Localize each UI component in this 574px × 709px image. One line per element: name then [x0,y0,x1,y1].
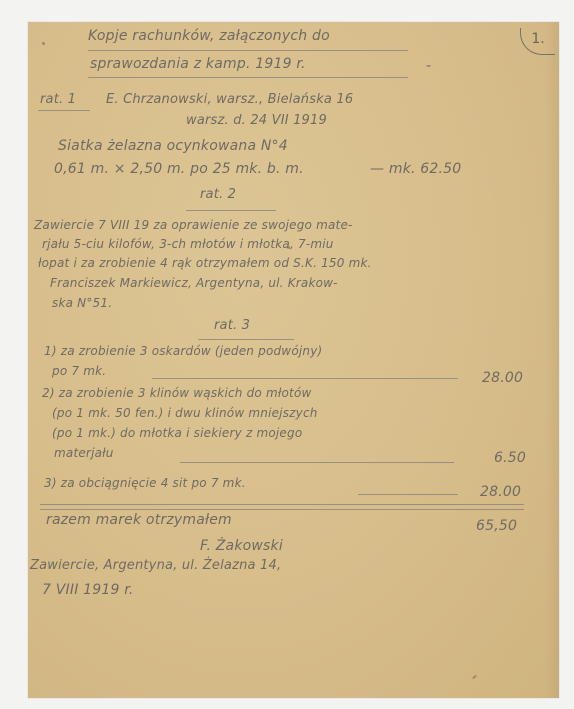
document-title-line1: Kopje rachunków, załączonych do [88,28,330,44]
page-number: 1. [520,28,555,55]
total-separator [40,509,524,510]
section2-line: Franciszek Markiewicz, Argentyna, ul. Kr… [50,276,338,290]
document-date: 7 VIII 1919 r. [42,582,134,598]
section3-label: rat. 3 [214,318,250,333]
section1-vendor: E. Chrzanowski, warsz., Bielańska 16 [106,92,353,107]
section3-item2-line: 2) za zrobienie 3 klinów wąskich do młot… [42,386,312,400]
section3-item1-amount: 28.00 [482,370,523,386]
section1-amount: — mk. 62.50 [370,161,461,177]
section2-line: łopat i za zrobienie 4 rąk otrzymałem od… [38,256,372,270]
total-amount: 65,50 [476,518,517,534]
section1-label-underline [38,110,90,111]
title-underline [88,50,408,51]
document-title-line2: sprawozdania z kamp. 1919 r. [90,56,306,72]
title-underline [88,77,408,78]
signer-address: Zawiercie, Argentyna, ul. Żelazna 14, [30,558,281,573]
section3-label-underline [198,339,294,340]
section3-item1-line: po 7 mk. [52,364,106,378]
paper-speck [42,42,45,45]
section3-item1-line: 1) za zrobienie 3 oskardów (jeden podwój… [44,344,322,358]
section2-label-underline [186,210,276,211]
section2-line: rjału 5-ciu kilofów, 3-ch młotów i młotk… [42,237,334,251]
section1-label: rat. 1 [40,92,76,107]
total-separator [40,504,524,505]
section3-item2-leader [180,462,454,463]
section1-date: warsz. d. 24 VII 1919 [186,113,327,128]
section3-item3-amount: 28.00 [480,484,521,500]
section1-item-line2: 0,61 m. × 2,50 m. po 25 mk. b. m. [54,161,304,177]
dash-mark: - [426,58,431,74]
section2-line: ska N°51. [52,296,112,310]
section1-item-line1: Siatka żelazna ocynkowana N°4 [58,138,288,154]
section2-line: Zawiercie 7 VIII 19 za oprawienie ze swo… [34,218,353,232]
section3-item3-line: 3) za obciągnięcie 4 sit po 7 mk. [44,476,246,490]
total-label: razem marek otrzymałem [46,512,232,528]
signature: F. Żakowski [200,538,283,554]
section2-label: rat. 2 [200,187,236,202]
section3-item3-leader [358,494,458,495]
section3-item1-leader [152,378,458,379]
scanned-page: 1. Kopje rachunków, załączonych do spraw… [0,0,574,709]
paper-sheet: 1. Kopje rachunków, załączonych do spraw… [28,22,559,698]
section3-item2-amount: 6.50 [494,450,526,466]
paper-speck [472,675,477,680]
section3-item2-line: materjału [54,446,114,460]
section3-item2-line: (po 1 mk. 50 fen.) i dwu klinów mniejszy… [52,406,318,420]
section3-item2-line: (po 1 mk.) do młotka i siekiery z mojego [52,426,302,440]
